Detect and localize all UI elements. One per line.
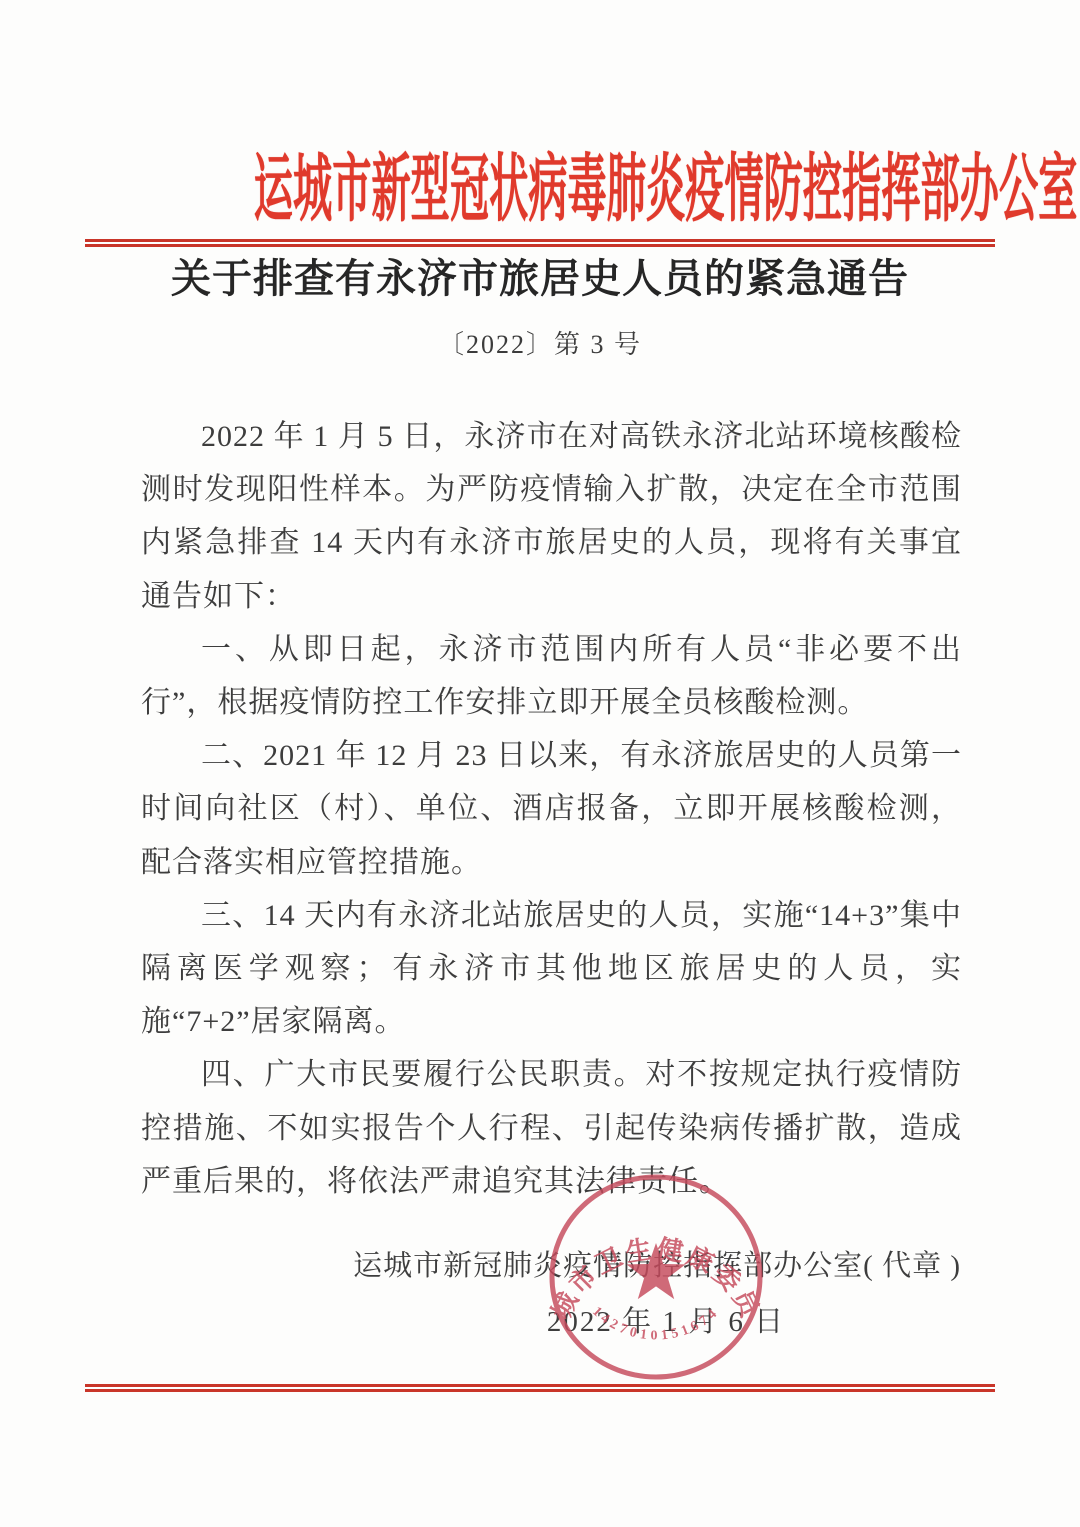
- date-line: 2022 年 1 月 6 日: [254, 1302, 1078, 1342]
- footer-double-rule: [85, 1384, 995, 1392]
- signature-line: 运城市新冠肺炎疫情防控指挥部办公室( 代章 ): [141, 1246, 961, 1286]
- letterhead-banner: 运城市新型冠状病毒肺炎疫情防控指挥部办公室: [254, 146, 826, 234]
- body-paragraph-item3: 三、14 天内有永济北站旅居史的人员，实施“14+3”集中隔离医学观察；有永济市…: [141, 889, 962, 1049]
- notice-body: 2022 年 1 月 5 日，永济市在对高铁永济北站环境核酸检测时发现阳性样本。…: [141, 410, 962, 1208]
- body-paragraph-item2: 二、2021 年 12 月 23 日以来，有永济旅居史的人员第一时间向社区（村）…: [141, 729, 962, 889]
- body-paragraph-intro: 2022 年 1 月 5 日，永济市在对高铁永济北站环境核酸检测时发现阳性样本。…: [141, 410, 962, 623]
- doc-title: 关于排查有永济市旅居史人员的紧急通告: [0, 254, 1080, 304]
- scanned-notice-document: 运城市新型冠状病毒肺炎疫情防控指挥部办公室 关于排查有永济市旅居史人员的紧急通告…: [0, 0, 1080, 1527]
- body-paragraph-item1: 一、从即日起，永济市范围内所有人员“非必要不出行”，根据疫情防控工作安排立即开展…: [141, 623, 962, 729]
- doc-number: 〔2022〕第 3 号: [0, 328, 1080, 362]
- body-paragraph-item4: 四、广大市民要履行公民职责。对不按规定执行疫情防控措施、不如实报告个人行程、引起…: [141, 1048, 962, 1208]
- header-double-rule: [85, 239, 995, 247]
